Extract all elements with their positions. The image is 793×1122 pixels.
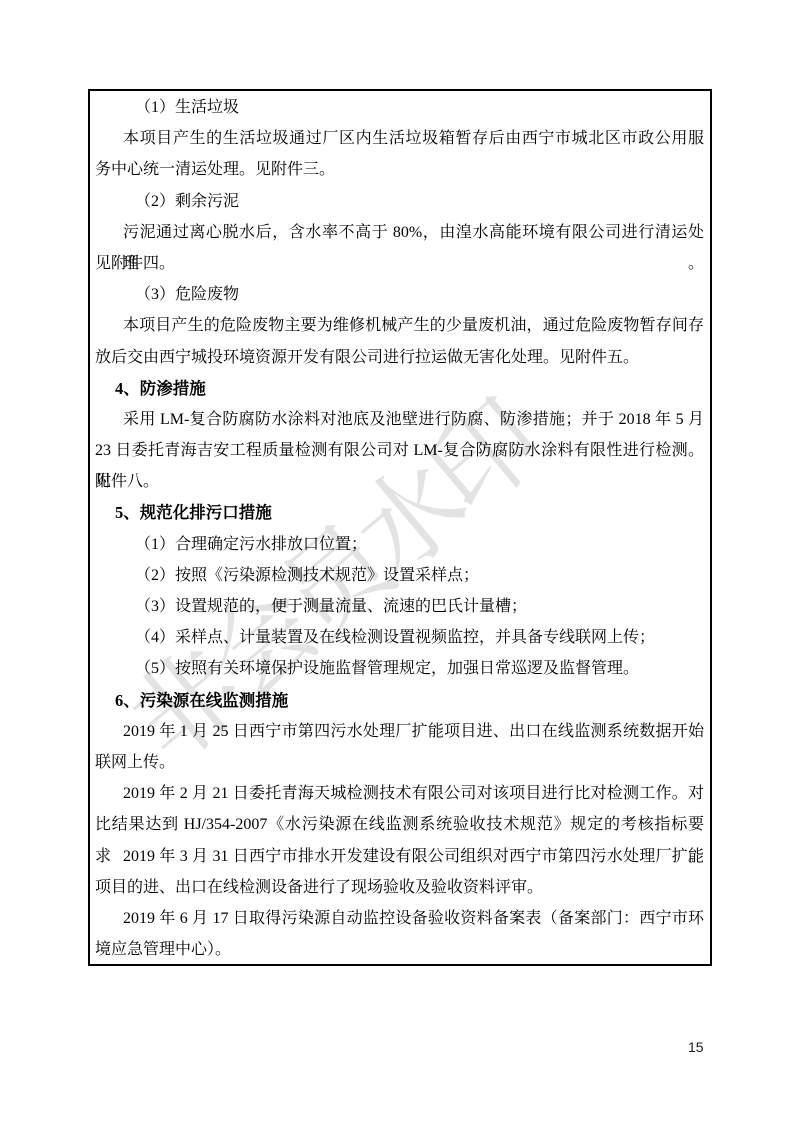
text-line: 23 日委托青海吉安工程质量检测有限公司对 LM-复合防腐防水涂料有限性进行检测…	[95, 435, 704, 466]
text-line: 联网上传。	[95, 747, 704, 778]
text-line: （3）设置规范的，便于测量流量、流速的巴氏计量槽；	[95, 591, 704, 622]
text-line: （1）生活垃圾	[95, 92, 704, 123]
text-line: （1）合理确定污水排放口位置；	[95, 529, 704, 560]
text-line: 务中心统一清运处理。见附件三。	[95, 154, 704, 185]
text-line: 放后交由西宁城投环境资源开发有限公司进行拉运做无害化处理。见附件五。	[95, 342, 704, 373]
text-line: 本项目产生的生活垃圾通过厂区内生活垃圾箱暂存后由西宁市城北区市政公用服	[95, 123, 704, 154]
text-line: 本项目产生的危险废物主要为维修机械产生的少量废机油，通过危险废物暂存间存	[95, 310, 704, 341]
text-line: 2019 年 6 月 17 日取得污染源自动监控设备验收资料备案表（备案部门：西…	[95, 903, 704, 934]
text-line: 境应急管理中心）。	[95, 934, 704, 965]
text-line: 比结果达到 HJ/354-2007《水污染源在线监测系统验收技术规范》规定的考核…	[95, 809, 704, 840]
document-page: 非会员水印 （1）生活垃圾本项目产生的生活垃圾通过厂区内生活垃圾箱暂存后由西宁市…	[0, 0, 793, 1122]
document-table-cell: （1）生活垃圾本项目产生的生活垃圾通过厂区内生活垃圾箱暂存后由西宁市城北区市政公…	[88, 89, 712, 966]
text-line: 2019 年 1 月 25 日西宁市第四污水处理厂扩能项目进、出口在线监测系统数…	[95, 716, 704, 747]
page-number: 15	[688, 1039, 704, 1055]
text-line: （4）采样点、计量装置及在线检测设置视频监控，并具备专线联网上传；	[95, 622, 704, 653]
text-line: 采用 LM-复合防腐防水涂料对池底及池壁进行防腐、防渗措施；并于 2018 年 …	[95, 404, 704, 435]
text-line: 见附件四。	[95, 248, 704, 279]
text-line: 附件八。	[95, 466, 704, 497]
text-line: 项目的进、出口在线检测设备进行了现场验收及验收资料评审。	[95, 872, 704, 903]
text-line: 2019 年 2 月 21 日委托青海天城检测技术有限公司对该项目进行比对检测工…	[95, 778, 704, 809]
text-line: （2）剩余污泥	[95, 186, 704, 217]
section-heading-line: 4、防渗措施	[95, 373, 704, 404]
text-line: （3）危险废物	[95, 279, 704, 310]
text-line: （2）按照《污染源检测技术规范》设置采样点；	[95, 560, 704, 591]
section-heading-line: 6、污染源在线监测措施	[95, 685, 704, 716]
document-lines: （1）生活垃圾本项目产生的生活垃圾通过厂区内生活垃圾箱暂存后由西宁市城北区市政公…	[95, 92, 704, 965]
section-heading-line: 5、规范化排污口措施	[95, 497, 704, 528]
text-line: 2019 年 3 月 31 日西宁市排水开发建设有限公司组织对西宁市第四污水处理…	[95, 841, 704, 872]
text-line: （5）按照有关环境保护设施监督管理规定，加强日常巡逻及监督管理。	[95, 653, 704, 684]
text-line: 污泥通过离心脱水后，含水率不高于 80%，由湟水高能环境有限公司进行清运处理。	[95, 217, 704, 248]
